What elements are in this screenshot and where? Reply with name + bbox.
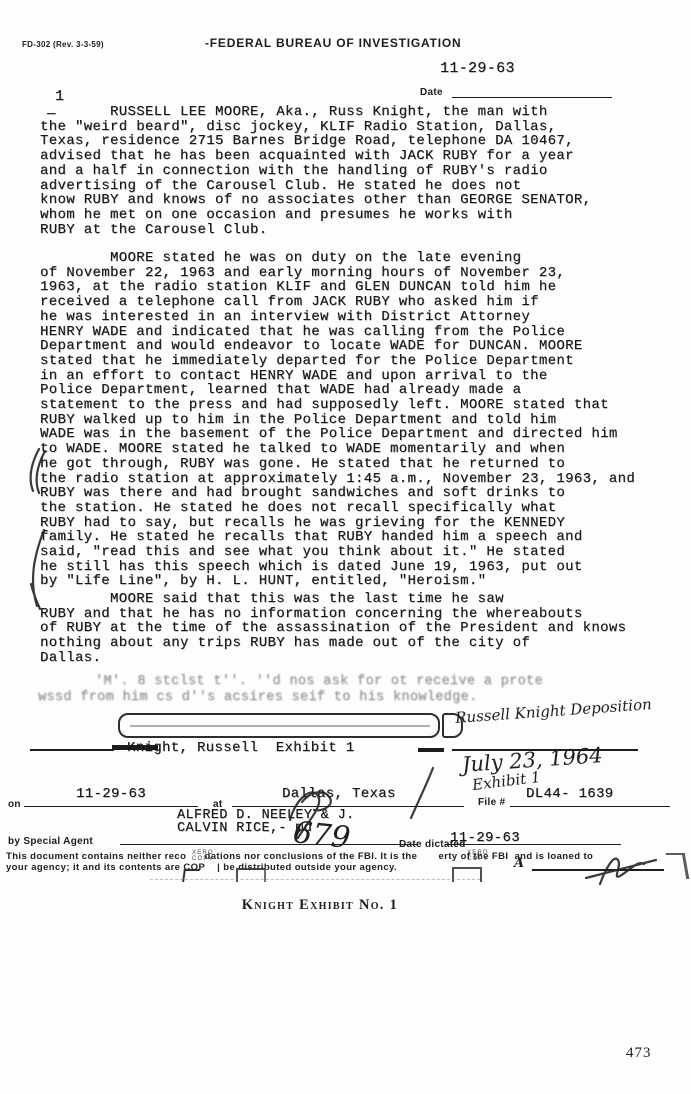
paragraph-3: MOORE said that this was the last time h… (40, 592, 626, 666)
scan-corner-artifact-1 (182, 869, 200, 882)
xero-copy-stamp-2: XERO COPY (467, 850, 489, 862)
page-marker: 1 (55, 90, 64, 105)
file-number-label: File # (478, 797, 505, 808)
xero-copy-stamp-1: XERO COPY (192, 850, 214, 862)
header-date-value: 11-29-63 (440, 62, 515, 77)
exhibit-caption: Knight Exhibit No. 1 (242, 897, 398, 914)
file-underline (510, 806, 670, 807)
special-agent-label: by Special Agent (8, 836, 93, 847)
disclaimer-line-2: your agency; it and its contents are COP… (6, 862, 397, 873)
margin-bracket-mark-1a (31, 449, 39, 491)
at-value: Dallas, Texas (282, 787, 396, 802)
handwritten-deponent-name: Russell Knight Deposition (455, 695, 653, 727)
exhibit-right-dash (418, 748, 444, 752)
artifact-letter: A (514, 856, 524, 871)
margin-bracket-mark-2b (31, 584, 40, 609)
date-underline (452, 97, 612, 98)
signature-squiggle-mark (600, 859, 644, 884)
paragraph-1: RUSSELL LEE MOORE, Aka., Russ Knight, th… (40, 105, 591, 237)
faded-offset-line-1: 'M'. 8 stclst t''. ''d nos ask for ot re… (95, 675, 543, 690)
dictated-underline (445, 844, 621, 845)
exhibit-typed-label: Knight, Russell Exhibit 1 (127, 741, 355, 756)
date-label: Date (420, 87, 443, 98)
on-underline (24, 806, 198, 807)
capsule-artifact (118, 713, 440, 738)
bottom-dashed-line (150, 879, 480, 880)
handwritten-number-679: 679 (291, 815, 352, 856)
agent-underline (120, 844, 418, 845)
on-value: 11-29-63 (76, 787, 146, 802)
scan-corner-artifact-4 (666, 853, 690, 879)
on-label: on (8, 799, 21, 810)
exhibit-left-line (30, 749, 114, 751)
handwritten-slash-mark (411, 768, 433, 818)
page-number: 473 (626, 1045, 652, 1062)
at-underline (232, 806, 464, 807)
paragraph-2: MOORE stated he was on duty on the late … (40, 251, 635, 589)
fd302-document-page: FD-302 (Rev. 3-3-59) -FEDERAL BUREAU OF … (0, 0, 691, 1094)
bottom-long-line (532, 869, 664, 871)
file-number-value: DL44- 1639 (526, 787, 614, 802)
form-number: FD-302 (Rev. 3-3-59) (22, 40, 104, 49)
agency-title: -FEDERAL BUREAU OF INVESTIGATION (205, 36, 462, 50)
disclaimer-line-1: This document contains neither reco dati… (6, 851, 593, 862)
faded-offset-line-2: wssd from him cs d''s acsires seif to hi… (38, 691, 477, 706)
